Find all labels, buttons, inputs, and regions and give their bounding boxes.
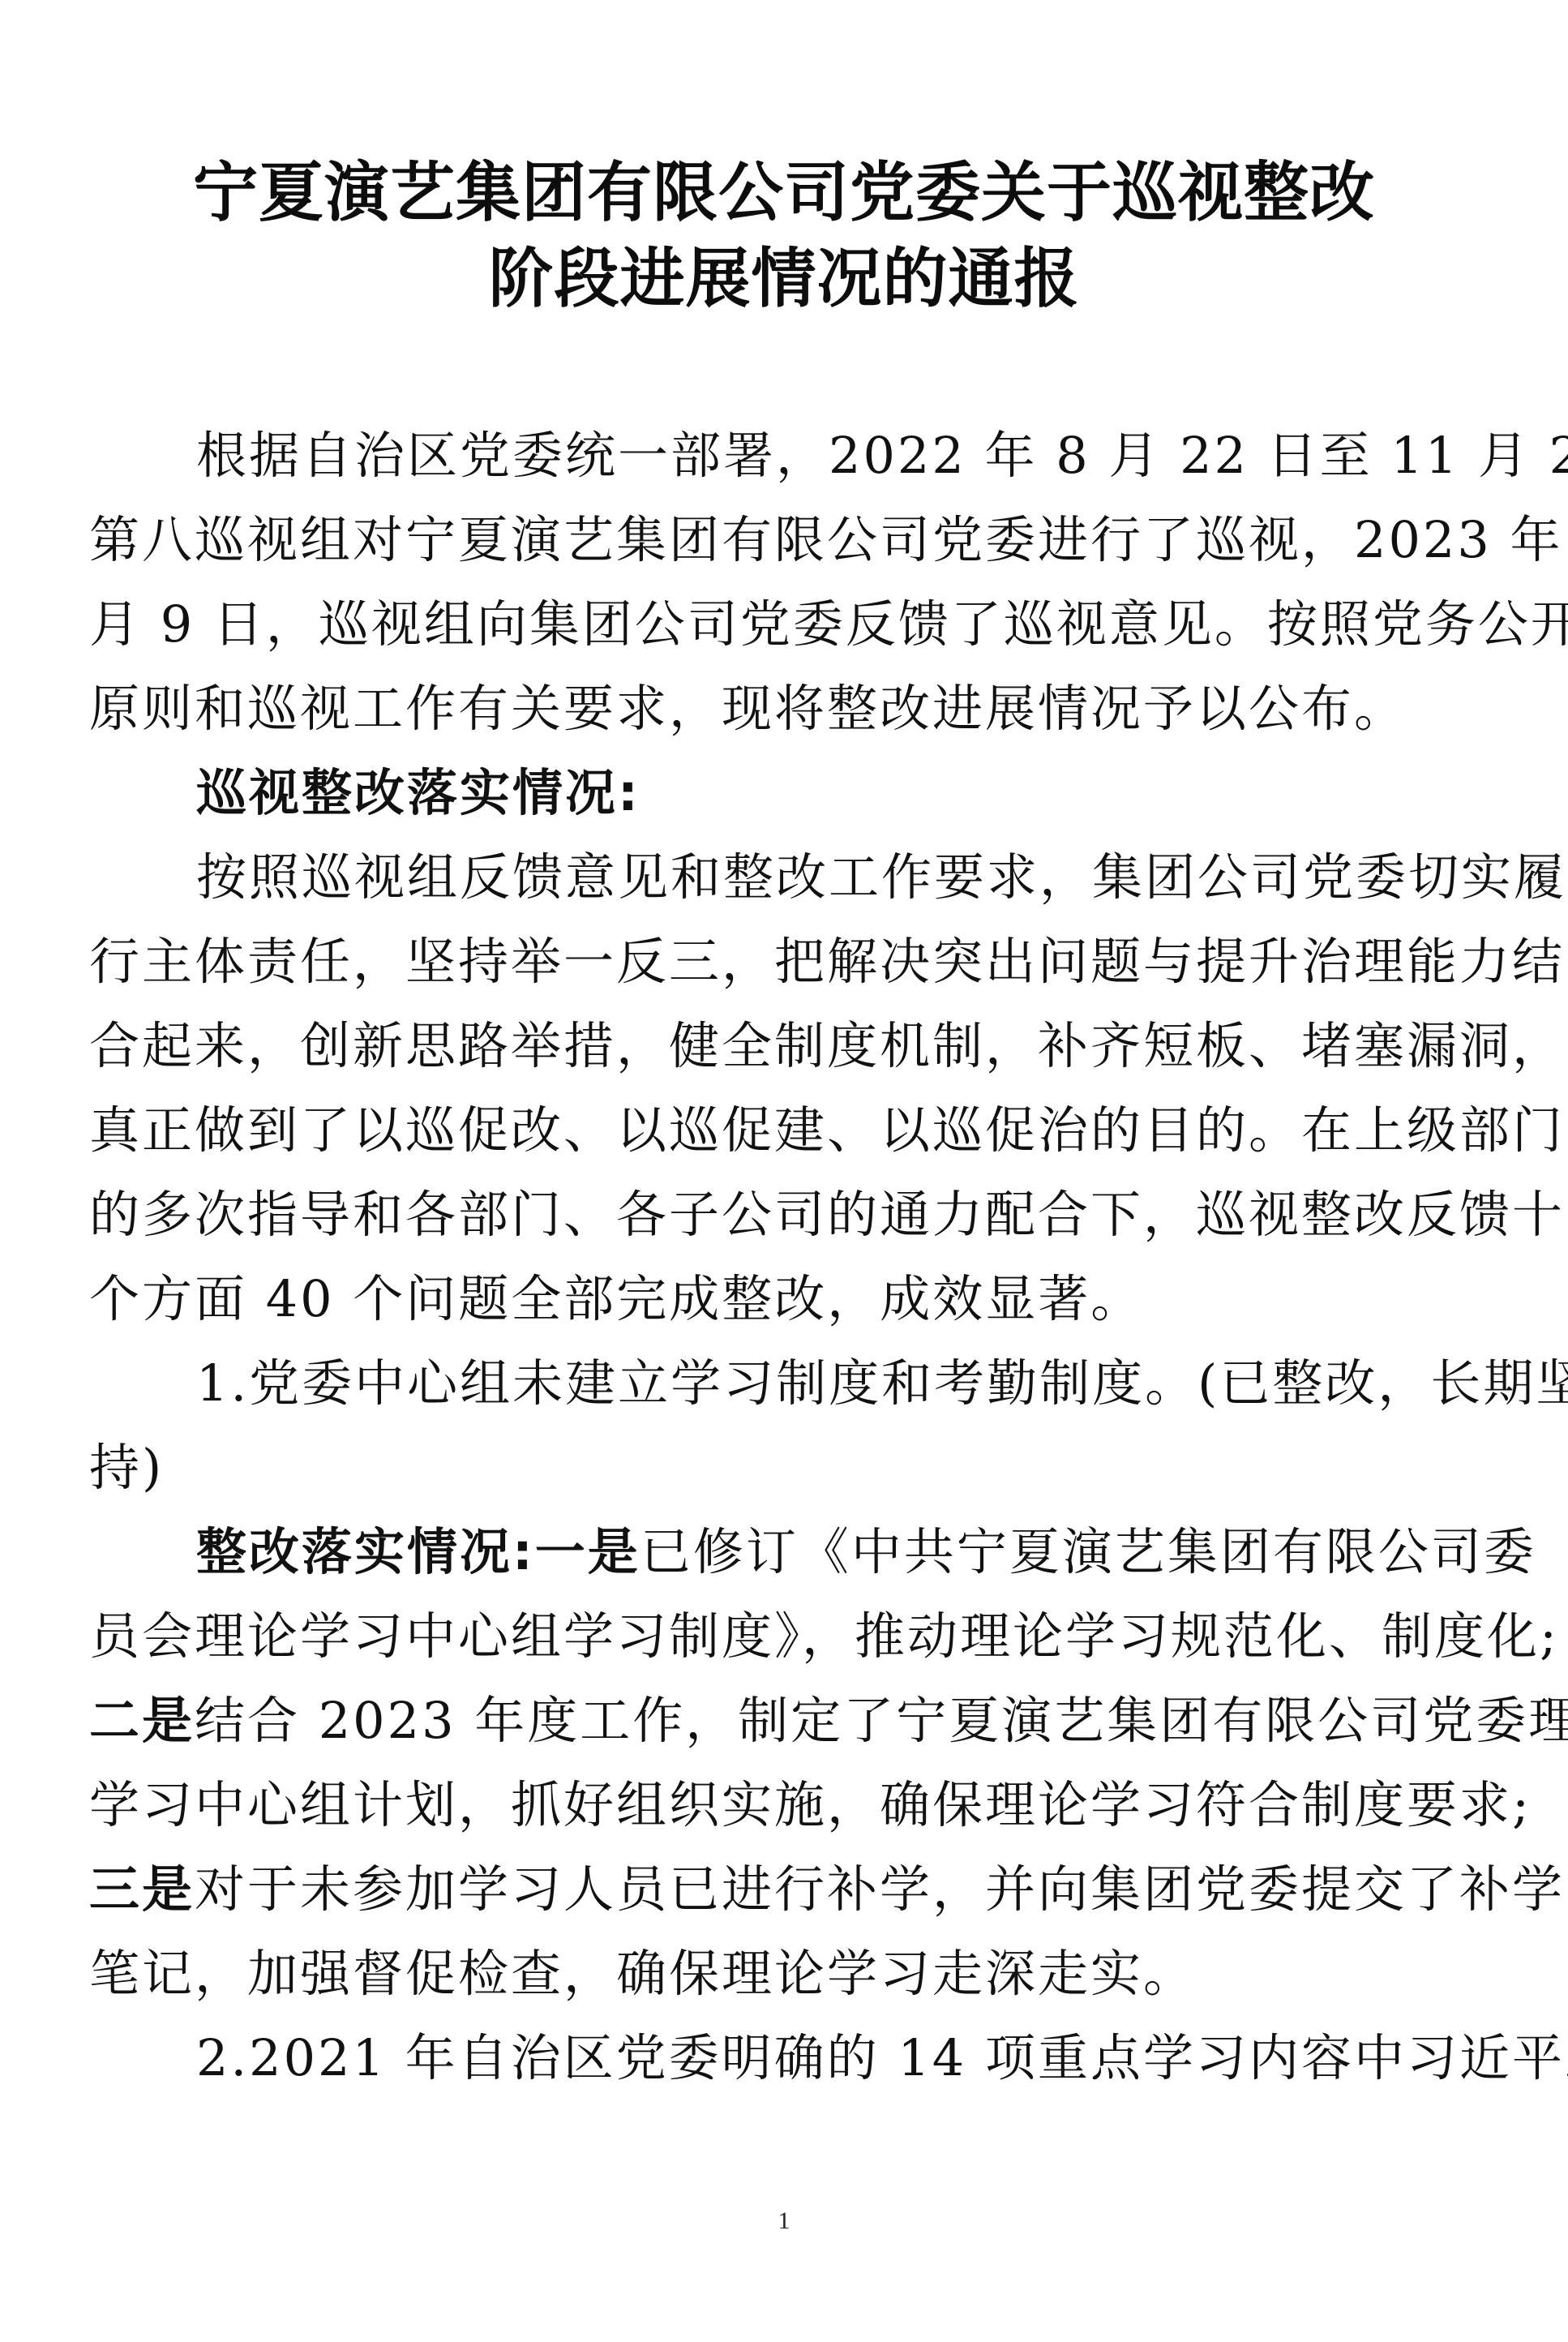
text-line: 行主体责任，坚持举一反三，把解决突出问题与提升治理能力结 — [89, 920, 1477, 1004]
item-1-rectification: 整改落实情况:一是已修订《中共宁夏演艺集团有限公司委 员会理论学习中心组学习制度… — [89, 1510, 1477, 2016]
text-line: 第八巡视组对宁夏演艺集团有限公司党委进行了巡视，2023 年 1 — [89, 498, 1477, 582]
text-line: 笔记，加强督促检查，确保理论学习走深走实。 — [89, 1932, 1477, 2016]
document-body: 根据自治区党委统一部署，2022 年 8 月 22 日至 11 月 24 日， … — [89, 414, 1477, 2100]
text-line: 员会理论学习中心组学习制度》，推动理论学习规范化、制度化; — [89, 1594, 1477, 1679]
section-heading: 巡视整改落实情况: — [89, 751, 1477, 835]
text-line: 学习中心组计划，抓好组织实施，确保理论学习符合制度要求; — [89, 1763, 1477, 1847]
point-label-second: 二是 — [89, 1691, 195, 1750]
page-number: 1 — [0, 2207, 1568, 2235]
text-line: 三是对于未参加学习人员已进行补学，并向集团党委提交了补学 — [89, 1847, 1477, 1932]
text-line: 持) — [89, 1426, 1477, 1510]
item-1-heading: 1.党委中心组未建立学习制度和考勤制度。(已整改，长期坚 持) — [89, 1341, 1477, 1510]
text-line: 的多次指导和各部门、各子公司的通力配合下，巡视整改反馈十 — [89, 1173, 1477, 1257]
intro-paragraph: 根据自治区党委统一部署，2022 年 8 月 22 日至 11 月 24 日， … — [89, 414, 1477, 751]
text-line: 按照巡视组反馈意见和整改工作要求，集团公司党委切实履 — [89, 835, 1477, 920]
point-text: 结合 2023 年度工作，制定了宁夏演艺集团有限公司党委理论 — [195, 1691, 1568, 1750]
text-line: 整改落实情况:一是已修订《中共宁夏演艺集团有限公司委 — [89, 1510, 1477, 1594]
text-line: 二是结合 2023 年度工作，制定了宁夏演艺集团有限公司党委理论 — [89, 1679, 1477, 1763]
item-2-heading: 2.2021 年自治区党委明确的 14 项重点学习内容中习近平总 — [89, 2016, 1477, 2100]
text-line: 1.党委中心组未建立学习制度和考勤制度。(已整改，长期坚 — [89, 1341, 1477, 1426]
text-line: 个方面 40 个问题全部完成整改，成效显著。 — [89, 1257, 1477, 1341]
text-line: 原则和巡视工作有关要求，现将整改进展情况予以公布。 — [89, 667, 1477, 751]
point-label-third: 三是 — [89, 1859, 195, 1919]
document-title-line-1: 宁夏演艺集团有限公司党委关于巡视整改 — [0, 152, 1568, 234]
document-title-line-2: 阶段进展情况的通报 — [0, 238, 1568, 320]
rectification-label: 整改落实情况: — [196, 1522, 535, 1581]
text-line: 月 9 日，巡视组向集团公司党委反馈了巡视意见。按照党务公开 — [89, 582, 1477, 667]
summary-paragraph: 按照巡视组反馈意见和整改工作要求，集团公司党委切实履 行主体责任，坚持举一反三，… — [89, 835, 1477, 1341]
point-text: 已修订《中共宁夏演艺集团有限公司委 — [640, 1522, 1536, 1581]
text-line: 根据自治区党委统一部署，2022 年 8 月 22 日至 11 月 24 日， — [89, 414, 1477, 498]
point-label-first: 一是 — [535, 1522, 640, 1581]
text-line: 真正做到了以巡促改、以巡促建、以巡促治的目的。在上级部门 — [89, 1088, 1477, 1173]
document-page: 宁夏演艺集团有限公司党委关于巡视整改 阶段进展情况的通报 根据自治区党委统一部署… — [0, 0, 1568, 2342]
text-line: 合起来，创新思路举措，健全制度机制，补齐短板、堵塞漏洞， — [89, 1004, 1477, 1088]
point-text: 对于未参加学习人员已进行补学，并向集团党委提交了补学 — [195, 1859, 1565, 1919]
